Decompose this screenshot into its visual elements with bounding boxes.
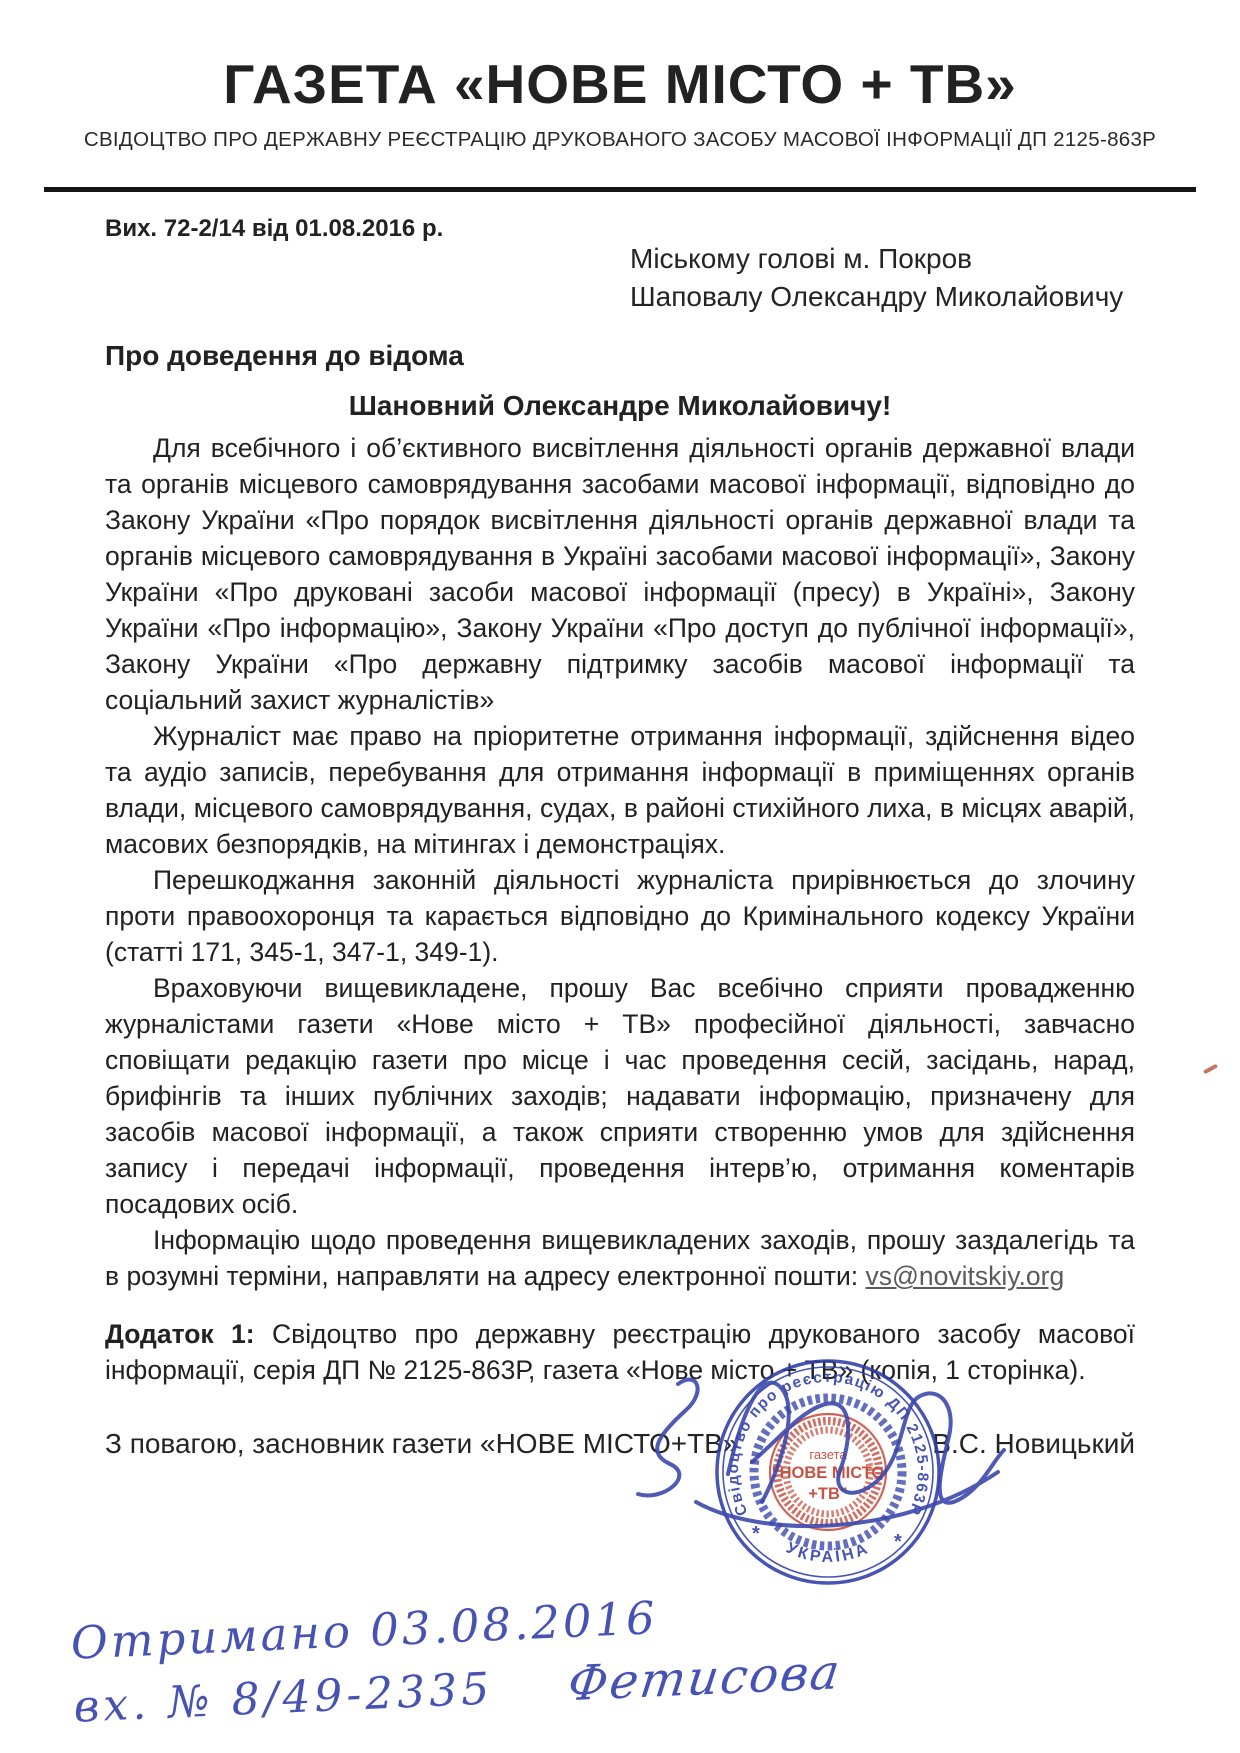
signatory-name: В.С. Новицький <box>932 1428 1135 1460</box>
outgoing-ref: Вих. 72-2/14 від 01.08.2016 р. <box>105 215 443 243</box>
paragraph-4: Враховуючи вищевикладене, прошу Вас всеб… <box>105 970 1135 1222</box>
paragraph-1: Для всебічного і об’єктивного висвітленн… <box>105 430 1135 718</box>
newspaper-title: ГАЗЕТА «НОВЕ МІСТО + ТВ» <box>0 52 1240 116</box>
registration-stamp-image: Свідоцтво про реєстрацію ДП 2125-863Р УК… <box>712 1356 944 1588</box>
signature-row: З повагою, засновник газети «НОВЕ МІСТО+… <box>105 1428 1135 1460</box>
header-divider <box>44 187 1196 192</box>
letter-body: Шановний Олександре Миколайовичу! Для вс… <box>105 388 1135 1388</box>
received-signature: Фетисова <box>564 1644 844 1712</box>
closing-line: З повагою, засновник газети «НОВЕ МІСТО+… <box>105 1428 738 1460</box>
salutation: Шановний Олександре Миколайовичу! <box>105 388 1135 424</box>
stamp-star-left: * <box>752 1523 760 1545</box>
paragraph-3: Перешкоджання законній діяльності журнал… <box>105 862 1135 970</box>
received-line-2: вх. № 8/49-2335 <box>73 1663 494 1732</box>
addressee-block: Міському голові м. Покров Шаповалу Олекс… <box>630 240 1123 316</box>
addressee-line-1: Міському голові м. Покров <box>630 240 1123 278</box>
attachment-note: Додаток 1: Свідоцтво про державну реєстр… <box>105 1316 1135 1388</box>
stamp-center-line2: "НОВЕ МІСТО <box>772 1464 885 1482</box>
ink-speck <box>1203 1064 1218 1075</box>
email-link[interactable]: vs@novitskiy.org <box>865 1261 1064 1291</box>
stamp-center-line3: +ТВ" <box>808 1485 847 1503</box>
letter-page: ГАЗЕТА «НОВЕ МІСТО + ТВ» СВІДОЦТВО ПРО Д… <box>0 0 1240 1753</box>
registration-subtitle: СВІДОЦТВО ПРО ДЕРЖАВНУ РЕЄСТРАЦІЮ ДРУКОВ… <box>0 128 1240 152</box>
paragraph-email: Інформацію щодо проведення вищевикладени… <box>105 1222 1135 1294</box>
stamp-center-line1: газета <box>809 1447 847 1462</box>
received-note: Отримано 03.08.2016 вх. № 8/49-2335 Фети… <box>70 1583 842 1733</box>
addressee-line-2: Шаповалу Олександру Миколайовичу <box>630 278 1123 316</box>
subject-line: Про доведення до відома <box>105 340 464 372</box>
attachment-text: Свідоцтво про державну реєстрацію друков… <box>105 1319 1135 1385</box>
attachment-label: Додаток 1: <box>105 1319 255 1349</box>
paragraph-2: Журналіст має право на пріоритетне отрим… <box>105 718 1135 862</box>
stamp-star-right: * <box>894 1531 902 1553</box>
